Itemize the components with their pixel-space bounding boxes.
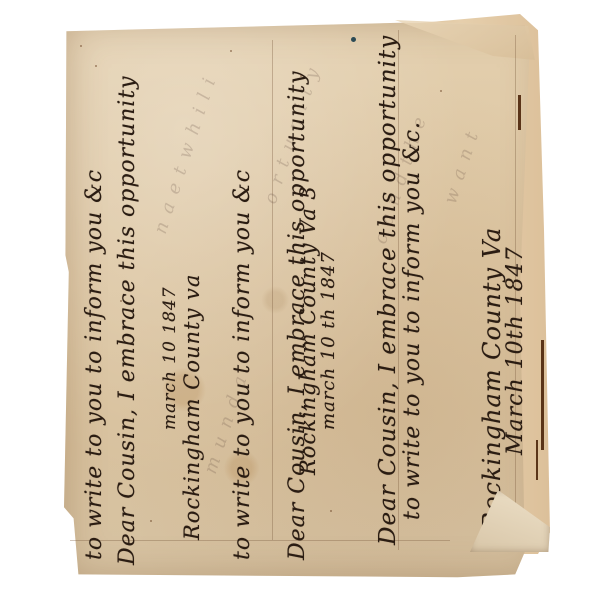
letter-line: Dear Cousin, I embrace this opportunity xyxy=(375,35,401,545)
edge-stain xyxy=(536,440,538,480)
paper-speck xyxy=(80,45,82,47)
paper-speck xyxy=(300,75,302,77)
paper-speck xyxy=(230,50,232,52)
photo-stage: n a e t w h i l i o r t u n i t y c a n … xyxy=(0,0,600,600)
paper-speck xyxy=(95,65,97,67)
paper-speck xyxy=(330,510,332,512)
paper-speck xyxy=(440,90,442,92)
letter-line: to write to you to inform you &c xyxy=(230,169,255,560)
edge-stain xyxy=(518,95,521,130)
crease xyxy=(272,40,273,540)
letter-date: march 10 th 1847 xyxy=(318,251,339,430)
letter-line: Dear Cousin, I embrace this opportunity xyxy=(285,70,310,560)
letter-line: to write to you to inform you &c. xyxy=(400,121,425,520)
letter-date: march 10 1847 xyxy=(160,286,180,430)
edge-stain xyxy=(541,340,544,450)
ink-blot xyxy=(351,37,356,42)
letter-heading: Rockingham County Va xyxy=(478,227,506,530)
letter-line: to write to you to inform you &c xyxy=(82,169,107,560)
letter-line: Dear Cousin, I embrace this opportunity xyxy=(115,75,140,565)
paper-speck xyxy=(120,300,122,302)
letter-heading: Rockingham County va xyxy=(180,274,204,540)
letter-date: March 10th 1847 xyxy=(503,246,528,455)
paper-speck xyxy=(150,520,152,522)
